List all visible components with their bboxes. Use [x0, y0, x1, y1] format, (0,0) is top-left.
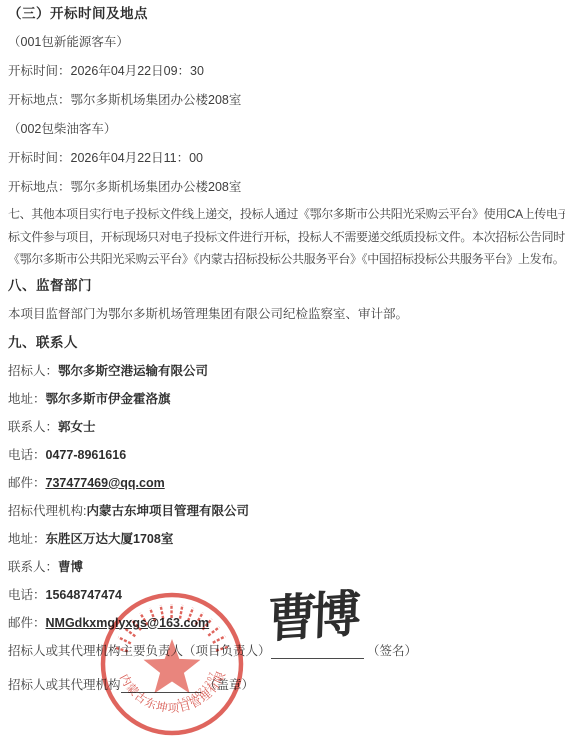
bid-opening-place-label: 开标地点： [8, 180, 71, 194]
contact-row-address: 地址：鄂尔多斯市伊金霍洛旗 [8, 392, 557, 406]
contact-label: 地址： [8, 532, 46, 546]
contact-value: 郭女士 [58, 420, 96, 434]
package-block-002: （002包柴油客车） 开标时间：2026年04月22日11：00 开标地点：鄂尔… [8, 122, 557, 194]
contact-row-agency-email: 邮件：NMGdkxmglyxgs@163.com [8, 616, 557, 630]
seal-line-row: 招标人或其代理机构 （盖章） [8, 678, 557, 693]
email-link[interactable]: NMGdkxmglyxgs@163.com [46, 616, 210, 630]
contact-label: 电话： [8, 448, 46, 462]
section8-heading: 八、监督部门 [8, 278, 557, 294]
bid-opening-time-row: 开标时间：2026年04月22日09：30 [8, 64, 557, 78]
contact-row-agency-address: 地址：东胜区万达大厦1708室 [8, 532, 557, 546]
section3-heading: （三）开标时间及地点 [8, 6, 557, 22]
contact-value: 东胜区万达大厦1708室 [46, 532, 174, 546]
bid-opening-time-label: 开标时间： [8, 64, 71, 78]
signature-blank-line [271, 646, 364, 659]
contact-label: 邮件： [8, 616, 46, 630]
contact-value: 曹博 [58, 560, 83, 574]
contact-row-agency: 招标代理机构:内蒙古东坤项目管理有限公司 [8, 504, 557, 518]
section8-body: 本项目监督部门为鄂尔多斯机场管理集团有限公司纪检监察室、审计部。 [8, 307, 557, 321]
section7-paragraph: 七、其他本项目实行电子投标文件线上递交，投标人通过《鄂尔多斯市公共阳光采购云平台… [8, 203, 557, 271]
bid-opening-place-label: 开标地点： [8, 93, 71, 107]
bid-opening-time-value: 2026年04月22日09：30 [71, 64, 204, 78]
seal-line-prefix: 招标人或其代理机构 [8, 678, 121, 692]
contact-label: 地址： [8, 392, 46, 406]
contact-row-tenderer: 招标人：鄂尔多斯空港运输有限公司 [8, 364, 557, 378]
signature-line-suffix: （签名） [367, 644, 417, 658]
section7-line: 标文件参与项目，开标现场只对电子投标文件进行开标，投标人不需要递交纸质投标文件。… [8, 226, 557, 249]
seal-line-suffix: （盖章） [204, 678, 254, 692]
bid-opening-place-row: 开标地点：鄂尔多斯机场集团办公楼208室 [8, 180, 557, 194]
package-title: （002包柴油客车） [8, 122, 557, 136]
package-block-001: （001包新能源客车） 开标时间：2026年04月22日09：30 开标地点：鄂… [8, 35, 557, 107]
contact-row-agency-phone: 电话：15648747474 [8, 588, 557, 602]
contact-value: 鄂尔多斯空港运输有限公司 [58, 364, 208, 378]
contact-value: 15648747474 [46, 588, 122, 602]
bid-opening-time-label: 开标时间： [8, 151, 71, 165]
section7-line: 《鄂尔多斯市公共阳光采购云平台》《内蒙古招标投标公共服务平台》《中国招标投标公共… [8, 248, 557, 271]
contact-value: 鄂尔多斯市伊金霍洛旗 [46, 392, 171, 406]
contact-row-email: 邮件：737477469@qq.com [8, 476, 557, 490]
bid-opening-place-row: 开标地点：鄂尔多斯机场集团办公楼208室 [8, 93, 557, 107]
company-seal-stamp: 内蒙古东坤项目管理有限公司 15040212076 [96, 589, 248, 741]
contact-label: 招标人： [8, 364, 58, 378]
email-link[interactable]: 737477469@qq.com [46, 476, 165, 490]
signature-line-prefix: 招标人或其代理机构主要负责人（项目负责人） [8, 644, 271, 658]
contact-row-agency-person: 联系人：曹博 [8, 560, 557, 574]
bid-opening-time-row: 开标时间：2026年04月22日11：00 [8, 151, 557, 165]
seal-blank-line [121, 680, 201, 693]
signature-line-row: 招标人或其代理机构主要负责人（项目负责人） （签名） [8, 644, 557, 659]
contact-label: 联系人： [8, 420, 58, 434]
contact-row-person: 联系人：郭女士 [8, 420, 557, 434]
bid-opening-place-value: 鄂尔多斯机场集团办公楼208室 [71, 180, 242, 194]
section7-line: 七、其他本项目实行电子投标文件线上递交，投标人通过《鄂尔多斯市公共阳光采购云平台… [8, 203, 557, 226]
contact-value: 内蒙古东坤项目管理有限公司 [86, 504, 249, 518]
contact-label: 电话： [8, 588, 46, 602]
bid-opening-place-value: 鄂尔多斯机场集团办公楼208室 [71, 93, 242, 107]
contact-row-phone: 电话：0477-8961616 [8, 448, 557, 462]
contact-label: 招标代理机构: [8, 504, 86, 518]
contact-label: 联系人： [8, 560, 58, 574]
contact-label: 邮件： [8, 476, 46, 490]
bid-opening-time-value: 2026年04月22日11：00 [71, 151, 204, 165]
section9-heading: 九、联系人 [8, 335, 557, 351]
contact-value: 0477-8961616 [46, 448, 127, 462]
tender-notice-document: { "doc": { "section3": { "heading": "（三）… [0, 0, 565, 751]
package-title: （001包新能源客车） [8, 35, 557, 49]
